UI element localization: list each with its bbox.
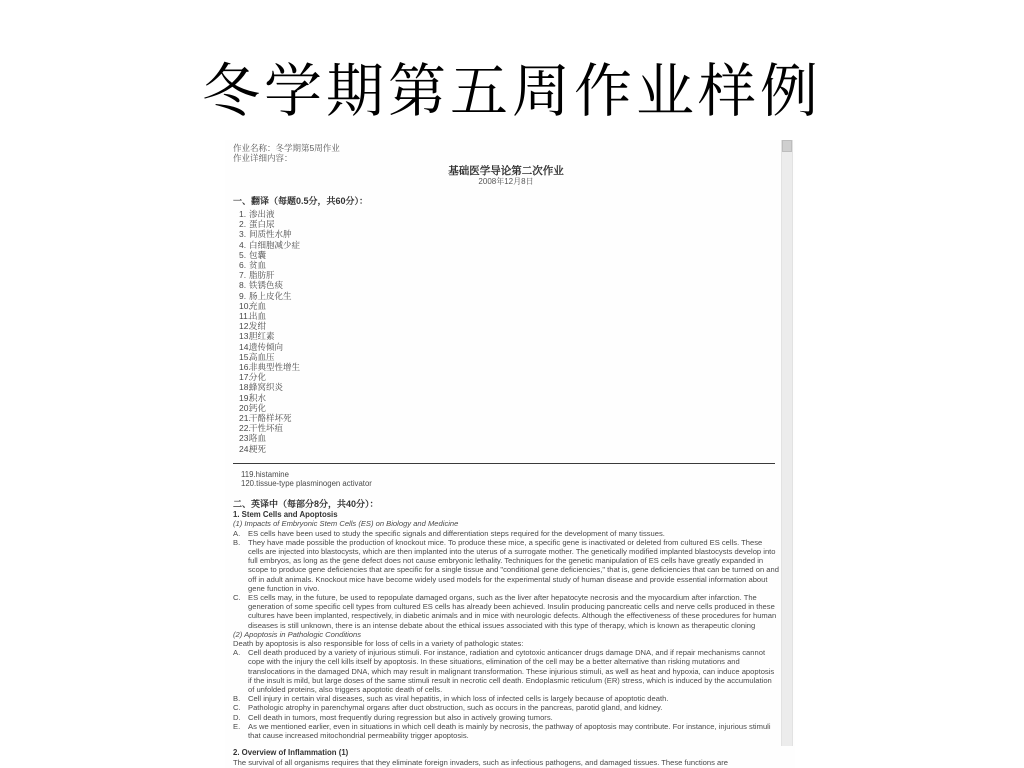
item-label: 5. <box>233 250 249 260</box>
item-text: 蛋白尿 <box>249 219 779 229</box>
item-label: 1. <box>233 209 249 219</box>
item-text: 干酪样坏死 <box>249 413 779 423</box>
item-label: B. <box>233 538 248 593</box>
item-label: A. <box>233 648 248 694</box>
term-item: 20.钙化 <box>233 403 779 413</box>
document-scrollbar[interactable] <box>781 140 793 746</box>
document-header: 基础医学导论第二次作业 2008年12月8日 <box>233 165 779 186</box>
item-text: 贫血 <box>249 260 779 270</box>
paragraph: A.Cell death produced by a variety of in… <box>233 648 779 694</box>
item-text: 咯血 <box>249 433 779 443</box>
item-text: They have made possible the production o… <box>248 538 779 593</box>
topic1-sub2-title: (2) Apoptosis in Pathologic Conditions <box>233 630 779 639</box>
item-label: 9. <box>233 291 249 301</box>
item-label: C. <box>233 703 248 712</box>
term-item: 15.高血压 <box>233 352 779 362</box>
term-item: 6.贫血 <box>233 260 779 270</box>
term-item: 5.包囊 <box>233 250 779 260</box>
section2-heading: 二、英译中（每部分8分，共40分）： <box>233 499 779 510</box>
term-item: 19.积水 <box>233 393 779 403</box>
paragraph: B.They have made possible the production… <box>233 538 779 593</box>
item-label: 6. <box>233 260 249 270</box>
item-label: A. <box>233 529 248 538</box>
item-text: ES cells may, in the future, be used to … <box>248 593 779 630</box>
item-label: 4. <box>233 240 249 250</box>
item-text: 间质性水肿 <box>249 229 779 239</box>
item-label: 3. <box>233 229 249 239</box>
item-text: 119.histamine <box>233 470 289 480</box>
document-title: 基础医学导论第二次作业 <box>233 165 779 177</box>
term-item: 10.充血 <box>233 301 779 311</box>
item-text: 高血压 <box>249 352 779 362</box>
item-text: 脂肪肝 <box>249 270 779 280</box>
item-label: 20. <box>233 403 249 413</box>
item-text: 分化 <box>249 372 779 382</box>
paragraph: B.Cell injury in certain viral diseases,… <box>233 694 779 703</box>
item-text: ES cells have been used to study the spe… <box>248 529 779 538</box>
topic1-sub1-paragraphs: A.ES cells have been used to study the s… <box>233 529 779 630</box>
item-label: 15. <box>233 352 249 362</box>
item-text: 出血 <box>249 311 779 321</box>
item-label: 8. <box>233 280 249 290</box>
paragraph: C.ES cells may, in the future, be used t… <box>233 593 779 630</box>
item-text: 蜂窝织炎 <box>249 382 779 392</box>
item-text: 非典型性增生 <box>249 362 779 372</box>
homework-detail-line: 作业详细内容： <box>233 153 779 163</box>
item-label: 16. <box>233 362 249 372</box>
term-item: 24.梗死 <box>233 444 779 454</box>
topic1-sub2-paragraphs: A.Cell death produced by a variety of in… <box>233 648 779 740</box>
topic2-intro: The survival of all organisms requires t… <box>233 758 779 767</box>
term-item: 21.干酪样坏死 <box>233 413 779 423</box>
term-item: 4.白细胞减少症 <box>233 240 779 250</box>
section1-heading: 一、翻译（每题0.5分，共60分）： <box>233 196 779 207</box>
term-item: 120.tissue-type plasminogen activator <box>233 479 779 489</box>
presentation-slide: 冬学期第五周作业样例 作业名称：冬学期第5周作业 作业详细内容： 基础医学导论第… <box>0 0 1024 768</box>
item-text: 钙化 <box>249 403 779 413</box>
item-text: Cell death produced by a variety of inju… <box>248 648 779 694</box>
item-label: E. <box>233 722 248 740</box>
term-item: 119.histamine <box>233 470 779 480</box>
topic1-sub2-intro: Death by apoptosis is also responsible f… <box>233 639 779 648</box>
item-label: 11. <box>233 311 249 321</box>
item-text: 铁锈色痰 <box>249 280 779 290</box>
item-label: 2. <box>233 219 249 229</box>
item-label: C. <box>233 593 248 630</box>
term-item: 2.蛋白尿 <box>233 219 779 229</box>
item-label: 12. <box>233 321 249 331</box>
item-label: 14. <box>233 342 249 352</box>
term-item: 17.分化 <box>233 372 779 382</box>
term-item: 23.咯血 <box>233 433 779 443</box>
scrollbar-thumb[interactable] <box>782 140 792 152</box>
item-label: D. <box>233 713 248 722</box>
item-label: 21. <box>233 413 249 423</box>
item-label: 23. <box>233 433 249 443</box>
item-label: 18. <box>233 382 249 392</box>
term-item: 14.遗传倾向 <box>233 342 779 352</box>
item-label: 22. <box>233 423 249 433</box>
topic2-title: 2. Overview of Inflammation (1) <box>233 748 779 758</box>
item-text: Cell injury in certain viral diseases, s… <box>248 694 779 703</box>
item-text: 充血 <box>249 301 779 311</box>
term-item: 22.干性坏疽 <box>233 423 779 433</box>
item-label: 24. <box>233 444 249 454</box>
item-text: 遗传倾向 <box>249 342 779 352</box>
slide-title: 冬学期第五周作业样例 <box>0 0 1024 128</box>
item-label: 17. <box>233 372 249 382</box>
document-date: 2008年12月8日 <box>233 177 779 186</box>
embedded-document: 作业名称：冬学期第5周作业 作业详细内容： 基础医学导论第二次作业 2008年1… <box>225 140 795 768</box>
item-label: 13. <box>233 331 249 341</box>
term-item: 12.发绀 <box>233 321 779 331</box>
item-text: 渗出液 <box>249 209 779 219</box>
topic1-sub1-title: (1) Impacts of Embryonic Stem Cells (ES)… <box>233 519 779 528</box>
item-label: 10. <box>233 301 249 311</box>
item-label: B. <box>233 694 248 703</box>
paragraph: D.Cell death in tumors, most frequently … <box>233 713 779 722</box>
homework-name-line: 作业名称：冬学期第5周作业 <box>233 143 779 153</box>
item-text: 胆红素 <box>249 331 779 341</box>
term-list-tail: 119.histamine120.tissue-type plasminogen… <box>233 470 779 489</box>
item-text: Cell death in tumors, most frequently du… <box>248 713 779 722</box>
item-text: As we mentioned earlier, even in situati… <box>248 722 779 740</box>
document-content: 作业名称：冬学期第5周作业 作业详细内容： 基础医学导论第二次作业 2008年1… <box>225 140 795 767</box>
term-item: 18.蜂窝织炎 <box>233 382 779 392</box>
page-break-line <box>233 463 775 464</box>
item-text: 干性坏疽 <box>249 423 779 433</box>
term-item: 1.渗出液 <box>233 209 779 219</box>
paragraph: A.ES cells have been used to study the s… <box>233 529 779 538</box>
term-item: 3.间质性水肿 <box>233 229 779 239</box>
item-label: 19. <box>233 393 249 403</box>
item-text: 肠上皮化生 <box>249 291 779 301</box>
term-item: 11.出血 <box>233 311 779 321</box>
item-text: 白细胞减少症 <box>249 240 779 250</box>
paragraph: C.Pathologic atrophy in parenchymal orga… <box>233 703 779 712</box>
item-label: 7. <box>233 270 249 280</box>
item-text: 发绀 <box>249 321 779 331</box>
spacer <box>233 740 779 748</box>
term-item: 8.铁锈色痰 <box>233 280 779 290</box>
translation-term-list: 1.渗出液2.蛋白尿3.间质性水肿4.白细胞减少症5.包囊6.贫血7.脂肪肝8.… <box>233 209 779 454</box>
topic1-title: 1. Stem Cells and Apoptosis <box>233 510 779 520</box>
term-item: 13.胆红素 <box>233 331 779 341</box>
term-item: 9.肠上皮化生 <box>233 291 779 301</box>
term-item: 7.脂肪肝 <box>233 270 779 280</box>
item-text: 梗死 <box>249 444 779 454</box>
item-text: 包囊 <box>249 250 779 260</box>
item-text: 积水 <box>249 393 779 403</box>
term-item: 16.非典型性增生 <box>233 362 779 372</box>
item-text: Pathologic atrophy in parenchymal organs… <box>248 703 779 712</box>
paragraph: E.As we mentioned earlier, even in situa… <box>233 722 779 740</box>
item-text: 120.tissue-type plasminogen activator <box>233 479 372 489</box>
